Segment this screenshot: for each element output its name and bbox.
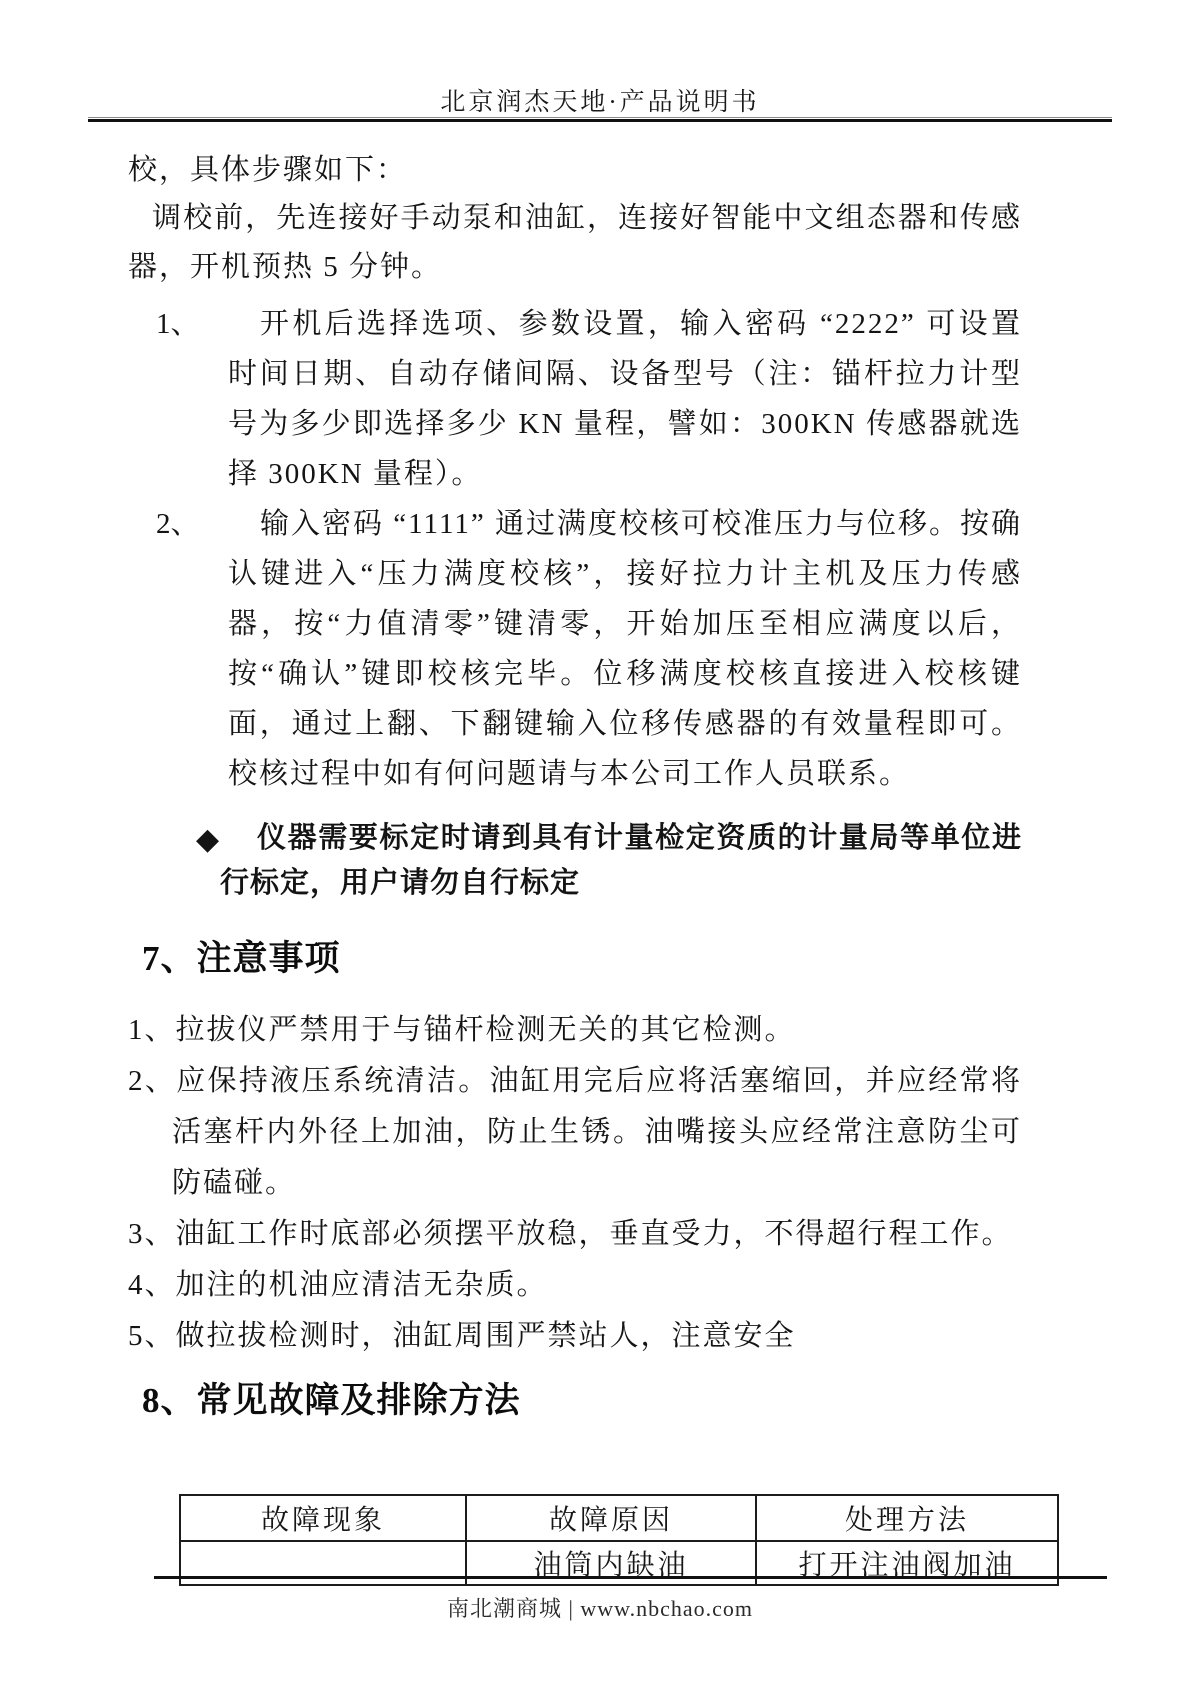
precaution-5-text: 做拉拔检测时，油缸周围严禁站人，注意安全 xyxy=(176,1320,796,1352)
section-7-heading: 7、注意事项 xyxy=(142,933,1022,985)
fault-table-header-cause: 故障原因 xyxy=(466,1495,756,1541)
fault-table-header-solution: 处理方法 xyxy=(756,1495,1058,1541)
precaution-2-marker: 2、 xyxy=(128,1065,176,1097)
calibration-steps-list: 1、 开机后选择选项、参数设置，输入密码 “2222” 可设置时间日期、自动存储… xyxy=(128,299,1022,799)
intro-continuation-line: 校，具体步骤如下： xyxy=(128,146,1022,194)
precaution-3-text: 油缸工作时底部必须摆平放稳，垂直受力，不得超行程工作。 xyxy=(176,1218,1013,1250)
calibration-note-text: 仪器需要标定时请到具有计量检定资质的计量局等单位进行标定，用户请勿自行标定 xyxy=(220,822,1022,899)
precaution-item-5: 5、做拉拔检测时，油缸周围严禁站人，注意安全 xyxy=(128,1311,1022,1362)
precaution-1-text: 拉拔仪严禁用于与锚杆检测无关的其它检测。 xyxy=(176,1014,796,1046)
fault-table: 故障现象 故障原因 处理方法 油筒内缺油 打开注油阀加油 xyxy=(179,1494,1059,1586)
precaution-5-marker: 5、 xyxy=(128,1320,176,1352)
footer-rule xyxy=(154,1576,1107,1579)
step-1-text: 开机后选择选项、参数设置，输入密码 “2222” 可设置时间日期、自动存储间隔、… xyxy=(228,308,1022,490)
precaution-1-marker: 1、 xyxy=(128,1014,176,1046)
precaution-3-marker: 3、 xyxy=(128,1218,176,1250)
manual-page: 北京润杰天地·产品说明书 校，具体步骤如下： 调校前，先连接好手动泵和油缸，连接… xyxy=(0,0,1200,1702)
fault-table-header-phenomenon: 故障现象 xyxy=(180,1495,466,1541)
fault-table-header-row: 故障现象 故障原因 处理方法 xyxy=(180,1495,1058,1541)
footer-site-text: 南北潮商城 | www.nbchao.com xyxy=(0,1592,1200,1623)
precaution-2-text: 应保持液压系统清洁。油缸用完后应将活塞缩回，并应经常将活塞杆内外径上加油，防止生… xyxy=(172,1065,1022,1199)
fault-table-container: 故障现象 故障原因 处理方法 油筒内缺油 打开注油阀加油 xyxy=(179,1494,1059,1586)
precaution-item-4: 4、加注的机油应清洁无杂质。 xyxy=(128,1260,1022,1311)
precaution-4-marker: 4、 xyxy=(128,1269,176,1301)
section-8-heading: 8、常见故障及排除方法 xyxy=(142,1375,1022,1427)
precaution-item-3: 3、油缸工作时底部必须摆平放稳，垂直受力，不得超行程工作。 xyxy=(128,1209,1022,1260)
step-item-1: 1、 开机后选择选项、参数设置，输入密码 “2222” 可设置时间日期、自动存储… xyxy=(128,299,1022,499)
precaution-item-1: 1、拉拔仪严禁用于与锚杆检测无关的其它检测。 xyxy=(128,1005,1022,1056)
diamond-bullet-icon: ◆ xyxy=(196,817,220,862)
step-1-marker: 1、 xyxy=(156,299,200,349)
step-item-2: 2、 输入密码 “1111” 通过满度校核可校准压力与位移。按确认键进入“压力满… xyxy=(128,499,1022,799)
page-body: 校，具体步骤如下： 调校前，先连接好手动泵和油缸，连接好智能中文组态器和传感器，… xyxy=(128,146,1022,1427)
calibration-note: ◆ 仪器需要标定时请到具有计量检定资质的计量局等单位进行标定，用户请勿自行标定 xyxy=(128,816,1022,906)
precaution-4-text: 加注的机油应清洁无杂质。 xyxy=(176,1269,548,1301)
step-2-marker: 2、 xyxy=(156,499,200,549)
header-rule xyxy=(88,117,1112,123)
intro-paragraph: 调校前，先连接好手动泵和油缸，连接好智能中文组态器和传感器，开机预热 5 分钟。 xyxy=(128,194,1022,292)
precaution-item-2: 2、应保持液压系统清洁。油缸用完后应将活塞缩回，并应经常将活塞杆内外径上加油，防… xyxy=(128,1056,1022,1209)
page-header-title: 北京润杰天地·产品说明书 xyxy=(0,82,1200,118)
step-2-text: 输入密码 “1111” 通过满度校核可校准压力与位移。按确认键进入“压力满度校核… xyxy=(228,508,1022,790)
precautions-list: 1、拉拔仪严禁用于与锚杆检测无关的其它检测。 2、应保持液压系统清洁。油缸用完后… xyxy=(128,1005,1022,1362)
